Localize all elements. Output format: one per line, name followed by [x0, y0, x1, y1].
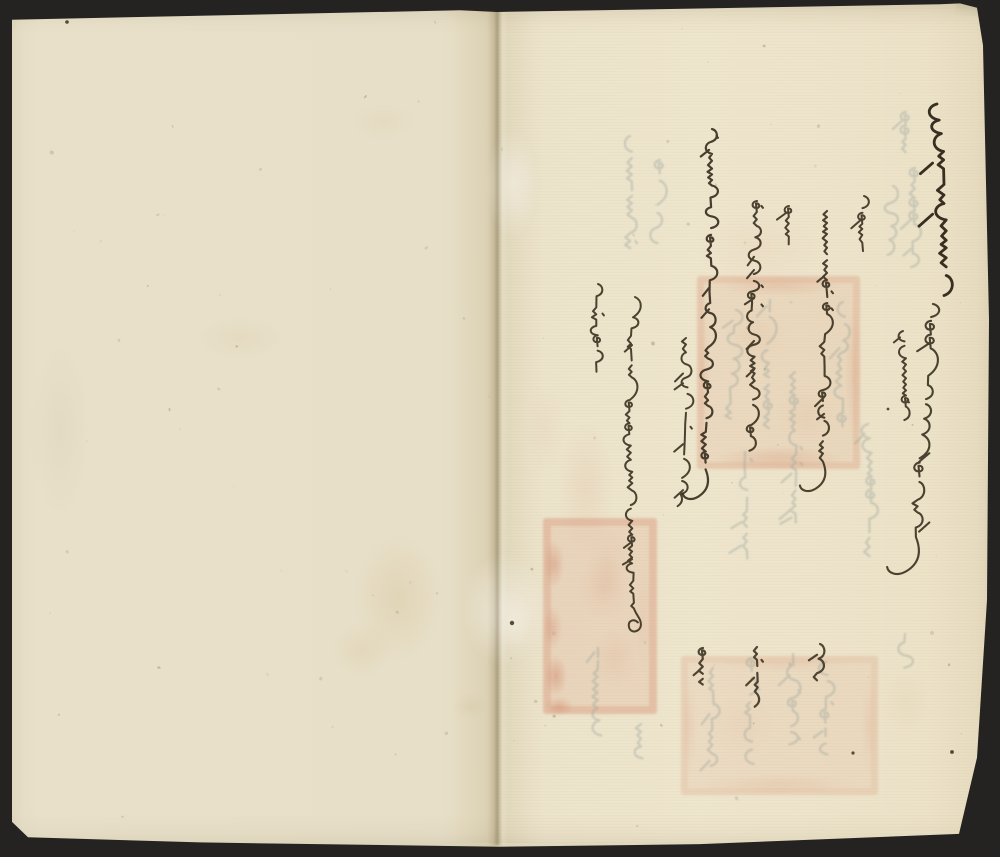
paper-fleck [265, 672, 269, 676]
paper-fleck [49, 149, 55, 155]
paper-fleck [395, 610, 399, 614]
manchu-text-column [800, 211, 833, 491]
paper-fleck [961, 733, 963, 735]
bleedthrough-column [650, 160, 666, 243]
manchu-text-column [809, 644, 825, 680]
bleedthrough-column [779, 654, 801, 744]
ink-dot [851, 751, 854, 754]
paper-fleck [666, 139, 670, 143]
paper-fleck [372, 594, 374, 596]
paper-fleck [534, 699, 538, 703]
manchu-text-column [694, 648, 706, 685]
bleedthrough-column [898, 634, 913, 668]
paper-fleck [686, 222, 691, 226]
manchu-text-column [894, 331, 910, 420]
paper-fleck [424, 246, 429, 251]
paper-fleck [663, 514, 664, 516]
paper-fleck [235, 345, 238, 348]
paper-fleck [436, 592, 439, 595]
manchu-text-column [674, 338, 693, 506]
paper-fleck [929, 172, 931, 174]
paper-fleck [734, 796, 739, 801]
paper-fleck [929, 630, 934, 635]
paper-fleck [57, 713, 60, 716]
paper-fleck [330, 288, 332, 290]
ink-dot [65, 20, 69, 24]
paper-fleck [510, 657, 513, 660]
paper-fleck [643, 641, 646, 645]
manchu-text-column [851, 196, 869, 251]
paper-fleck [651, 341, 656, 346]
paper-fleck [782, 492, 784, 494]
manchu-text-column [919, 104, 952, 296]
paper-fleck [707, 61, 709, 63]
paper-fleck [488, 396, 490, 398]
paper-fleck [418, 101, 420, 103]
manchu-text-column [623, 297, 641, 631]
bleedthrough-column [901, 168, 921, 267]
paper-fleck [900, 93, 901, 94]
paper-fleck [632, 233, 636, 237]
bleedthrough-column [814, 662, 835, 754]
paper-fleck [86, 440, 88, 442]
paper-fleck [331, 725, 334, 728]
paper-spread [0, 0, 1000, 857]
paper-fleck [770, 124, 772, 126]
paper-fleck [789, 300, 793, 304]
paper-fleck [635, 824, 638, 827]
paper-fleck [936, 555, 938, 557]
paper-fleck [434, 20, 436, 24]
paper-fleck [777, 444, 779, 446]
paper-fleck [968, 308, 969, 309]
paper-fleck [552, 631, 556, 635]
bleedthrough-column [701, 668, 720, 770]
paper-fleck [156, 213, 160, 216]
paper-fleck [318, 676, 323, 681]
paper-fleck [867, 676, 870, 679]
bleedthrough-column [587, 648, 601, 735]
bleedthrough-column [723, 310, 743, 419]
paper-fleck [73, 230, 75, 231]
manchu-text-column [683, 129, 719, 499]
paper-fleck [121, 816, 124, 818]
paper-fleck [258, 168, 262, 172]
paper-fleck [822, 829, 823, 830]
bleedthrough-column [625, 136, 637, 248]
paper-fleck [660, 723, 663, 727]
paper-fleck [394, 753, 396, 755]
paper-fleck [654, 204, 656, 206]
paper-fleck [157, 666, 161, 669]
ink-dot [510, 621, 514, 625]
manuscript-photo [0, 0, 1000, 857]
paper-fleck [731, 482, 733, 484]
paper-fleck [513, 740, 515, 741]
manchu-script-layer [0, 0, 1000, 857]
paper-fleck [363, 95, 367, 99]
paper-fleck [911, 424, 913, 426]
paper-fleck [552, 714, 556, 718]
paper-fleck [169, 408, 171, 411]
bleedthrough-column [780, 372, 803, 524]
paper-fleck [817, 124, 821, 128]
paper-fleck [217, 387, 221, 391]
paper-fleck [345, 569, 349, 573]
paper-fleck [537, 388, 538, 389]
manchu-text-column [887, 304, 939, 574]
paper-speckles [49, 20, 969, 830]
paper-fleck [171, 125, 174, 129]
paper-fleck [444, 731, 448, 735]
paper-fleck [948, 663, 951, 666]
paper-fleck [117, 338, 121, 342]
paper-fleck [960, 302, 962, 303]
paper-fleck [813, 164, 817, 168]
bleedthrough-column [885, 186, 898, 255]
paper-fleck [593, 436, 596, 440]
bleedthrough-column [855, 424, 878, 556]
paper-fleck [752, 722, 754, 725]
paper-fleck [875, 285, 877, 287]
bleedthrough-column [730, 452, 753, 558]
manchu-text-column [591, 284, 604, 372]
paper-fleck [542, 337, 544, 339]
paper-fleck [49, 612, 51, 614]
bleedthrough-column [893, 112, 909, 152]
paper-fleck [530, 567, 534, 571]
bleedthrough-column [634, 724, 642, 758]
bleedthrough-column [757, 300, 777, 428]
paper-fleck [462, 317, 466, 321]
paper-fleck [163, 214, 165, 216]
ink-dot [950, 750, 954, 754]
paper-fleck [743, 241, 747, 245]
paper-fleck [681, 28, 684, 30]
verso-bleedthrough-text [587, 112, 921, 770]
paper-fleck [147, 285, 149, 287]
ink-dot [887, 408, 890, 411]
paper-fleck [65, 550, 69, 554]
paper-fleck [713, 664, 714, 666]
paper-fleck [179, 427, 182, 430]
paper-fleck [409, 581, 412, 584]
paper-fleck [234, 486, 235, 488]
manchu-text-column [746, 647, 763, 707]
paper-fleck [280, 569, 282, 571]
paper-fleck [763, 45, 766, 48]
paper-fleck [99, 239, 103, 242]
paper-fleck [544, 725, 546, 727]
paper-fleck [219, 294, 221, 297]
paper-fleck [501, 147, 504, 151]
manchu-text-column [777, 206, 791, 244]
